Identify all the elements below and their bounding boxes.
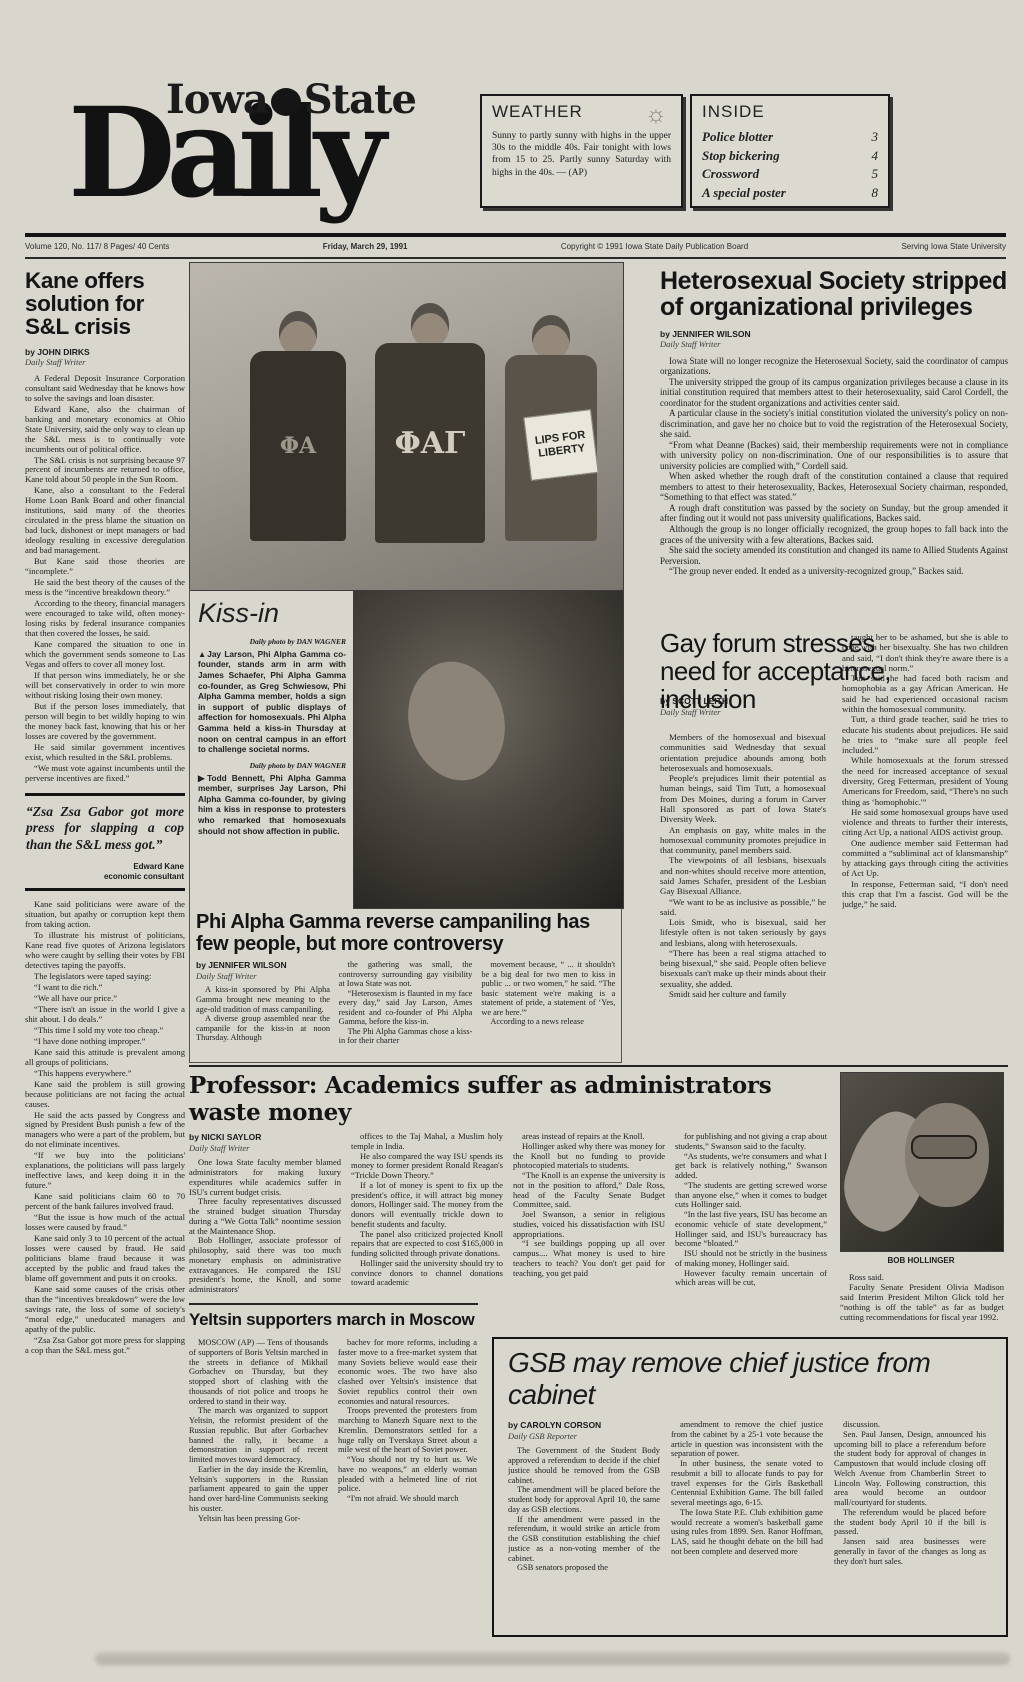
photo-person-torso: ΦΑΓ: [375, 343, 485, 543]
paragraph: The viewpoints of all lesbians, bisexual…: [660, 855, 826, 896]
paragraph: But Kane said those theories are “incomp…: [25, 557, 185, 577]
paragraph: Jansen said area businesses were general…: [834, 1537, 986, 1566]
paragraph: “But the issue is how much of the actual…: [25, 1213, 185, 1233]
paragraph: But if the person loses immediately, tha…: [25, 702, 185, 742]
gayforum-col2: taught her to be ashamed, but she is abl…: [842, 632, 1008, 1058]
pull-quote: “Zsa Zsa Gabor got more press for slappi…: [25, 793, 185, 892]
paragraph: The legislators were taped saying:: [25, 972, 185, 982]
paragraph: The panel also criticized projected Knol…: [351, 1230, 503, 1259]
paragraph: In response, Fetterman said, “I don't ne…: [842, 879, 1008, 910]
paragraph: “There isn't an issue in the world I giv…: [25, 1005, 185, 1025]
paragraph: When asked whether the rough draft of th…: [660, 471, 1008, 503]
article-professor-budget: Professor: Academics suffer as administr…: [189, 1065, 1008, 1301]
paragraph: Hollinger asked why there was money for …: [513, 1142, 665, 1171]
gsb-col3: discussion.Sen. Paul Jansen, Design, ann…: [834, 1420, 986, 1632]
kane-body-bottom: Kane said politicians were aware of the …: [25, 900, 185, 1356]
greek-letters: ΦΑ: [280, 433, 316, 459]
photo-caption-1: ▲Jay Larson, Phi Alpha Gamma co-founder,…: [198, 649, 346, 755]
paragraph: “This time I sold my vote too cheap.”: [25, 1026, 185, 1036]
paragraph: “There has been a real stigma attached t…: [660, 948, 826, 989]
masthead-rule: [25, 233, 1006, 237]
greek-letters: ΦΑΓ: [395, 426, 466, 461]
dateline-volume: Volume 120, No. 117/ 8 Pages/ 40 Cents: [25, 243, 169, 251]
paragraph: Troops prevented the protesters from mar…: [338, 1406, 477, 1455]
yeltsin-col2: bachev for more reforms, including a fas…: [338, 1338, 477, 1616]
dateline-date: Friday, March 29, 1991: [323, 243, 408, 251]
paragraph: bachev for more reforms, including a fas…: [338, 1338, 477, 1406]
paragraph: In other business, the senate voted to r…: [671, 1459, 823, 1508]
paragraph: People's prejudices limit their potentia…: [660, 773, 826, 824]
masthead-logo: Daily Iowa State: [68, 80, 478, 230]
paragraph: A kiss-in sponsored by Phi Alpha Gamma b…: [196, 985, 330, 1014]
inside-item-label: A special poster: [702, 184, 786, 203]
gayforum-byline: by SCOTT LEITH Daily Staff Writer: [660, 696, 728, 717]
inside-item-crossword: Crossword 5: [702, 165, 878, 184]
paragraph: “We all have our price.”: [25, 994, 185, 1004]
paragraph: “Heterosexism is flaunted in my face eve…: [339, 989, 473, 1027]
paragraph: Lois Smidt, who is bisexual, said her li…: [660, 917, 826, 948]
pull-quote-text: “Zsa Zsa Gabor got more press for slappi…: [26, 804, 184, 855]
paragraph: “I'm not afraid. We should march: [338, 1494, 477, 1504]
paragraph: She said the society amended its constit…: [660, 545, 1008, 566]
paragraph: Kane, also a consultant to the Federal H…: [25, 486, 185, 556]
pull-quote-title: economic consultant: [104, 872, 184, 881]
paragraph: discussion.: [834, 1420, 986, 1430]
paragraph: “We want to be as inclusive as possible,…: [660, 897, 826, 918]
inside-item-page: 4: [872, 147, 879, 166]
phialpha-col2: the gathering was small, the controversy…: [339, 960, 473, 1056]
paragraph: “You should not try to hurt us. We have …: [338, 1455, 477, 1494]
byline-title: Daily Staff Writer: [189, 1143, 341, 1154]
article-gsb-chief-justice: GSB may remove chief justice from cabine…: [492, 1337, 1008, 1637]
inside-item-page: 3: [872, 128, 879, 147]
paragraph: “I want to die rich.”: [25, 983, 185, 993]
paragraph: “We must vote against incumbents until t…: [25, 764, 185, 784]
hetero-body: Iowa State will no longer recognize the …: [660, 356, 1008, 577]
paragraph: Bob Hollinger, associate professor of ph…: [189, 1236, 341, 1295]
byline-name: by JENNIFER WILSON: [196, 960, 330, 971]
paragraph: Edward Kane, also the chairman of bankin…: [25, 405, 185, 455]
paragraph: “If we buy into the politicians' explana…: [25, 1151, 185, 1191]
paragraph: Kane said politicians were aware of the …: [25, 900, 185, 930]
article-gay-forum: Gay forum stresses need for acceptance, …: [660, 630, 1008, 1060]
paragraph: amendment to remove the chief justice fr…: [671, 1420, 823, 1459]
gsb-byline: by CAROLYN CORSON Daily GSB Reporter: [508, 1420, 660, 1441]
photo-credit: Daily photo by DAN WAGNER: [198, 761, 346, 771]
weather-forecast: Sunny to partly sunny with highs in the …: [492, 130, 671, 179]
paragraph: “As students, we're consumers and what I…: [675, 1152, 827, 1181]
hetero-headline: Heterosexual Society stripped of organiz…: [660, 268, 1008, 321]
paragraph: To illustrate his mistrust of politician…: [25, 931, 185, 971]
paragraph: If the amendment were passed in the refe…: [508, 1515, 660, 1564]
article-heterosexual-society: Heterosexual Society stripped of organiz…: [660, 263, 1008, 626]
article-yeltsin-moscow: Yeltsin supporters march in Moscow MOSCO…: [189, 1303, 478, 1635]
paragraph: He said the best theory of the causes of…: [25, 578, 185, 598]
byline-name: by CAROLYN CORSON: [508, 1420, 660, 1431]
paragraph: A diverse group assembled near the campa…: [196, 1014, 330, 1043]
logo-iowa: Iowa: [166, 80, 268, 120]
paragraph: He said the acts passed by Congress and …: [25, 1111, 185, 1151]
dateline-copyright: Copyright © 1991 Iowa State Daily Public…: [561, 243, 748, 251]
phialpha-col1-text: A kiss-in sponsored by Phi Alpha Gamma b…: [196, 985, 330, 1056]
yeltsin-col2-text: bachev for more reforms, including a fas…: [338, 1338, 477, 1616]
dateline: Volume 120, No. 117/ 8 Pages/ 40 Cents F…: [25, 243, 1006, 251]
kane-headline: Kane offers solution for S&L crisis: [25, 269, 185, 339]
pull-quote-name: Edward Kane: [133, 862, 184, 871]
paragraph: “From what Deanne (Backes) said, their m…: [660, 440, 1008, 472]
byline-title: Daily Staff Writer: [196, 971, 330, 982]
paragraph: “This happens everywhere.”: [25, 1069, 185, 1079]
paragraph: One audience member said Fetterman had c…: [842, 838, 1008, 879]
photo-caption-2: ▶Todd Bennett, Phi Alpha Gamma member, s…: [198, 773, 346, 837]
pull-quote-attribution: Edward Kane economic consultant: [26, 862, 184, 882]
paragraph: “The students are getting screwed worse …: [675, 1181, 827, 1210]
paragraph: A rough draft constitution was passed by…: [660, 503, 1008, 524]
paragraph: Although the group is no longer official…: [660, 524, 1008, 545]
photo-person-head: [532, 315, 570, 359]
inside-item-label: Crossword: [702, 165, 759, 184]
phialpha-col1: by JENNIFER WILSON Daily Staff Writer A …: [196, 960, 330, 1056]
paragraph: “Zsa Zsa Gabor got more press for slappi…: [25, 1336, 185, 1356]
paragraph: An emphasis on gay, white males in the h…: [660, 825, 826, 856]
paragraph: He also compared the way ISU spends its …: [351, 1152, 503, 1181]
professor-col1-text: One Iowa State faculty member blamed adm…: [189, 1158, 341, 1304]
paragraph: According to a news release: [481, 1017, 615, 1027]
logo-iowa-state: Iowa State: [166, 80, 416, 120]
kissin-title: Kiss-in: [198, 600, 346, 627]
paragraph: Sen. Paul Jansen, Design, announced his …: [834, 1430, 986, 1508]
byline-name: by JENNIFER WILSON: [660, 329, 1008, 340]
photo-person-head: [279, 311, 317, 355]
paragraph: The university stripped the group of its…: [660, 377, 1008, 409]
paragraph: If that person wins immediately, he or s…: [25, 671, 185, 701]
paragraph: He said similar government incentives ex…: [25, 743, 185, 763]
paragraph: Hollinger said the university should try…: [351, 1259, 503, 1288]
scan-artifact: [95, 1652, 1010, 1665]
inside-box: INSIDE Police blotter 3 Stop bickering 4…: [690, 94, 890, 208]
photo-person-torso: ΦΑ: [250, 351, 346, 541]
paragraph: “The Knoll is an expense the university …: [513, 1171, 665, 1210]
paragraph: movement because, “ ... it shouldn't be …: [481, 960, 615, 1017]
byline-name: by JOHN DIRKS: [25, 347, 185, 358]
protest-sign: LIPS FOR LIBERTY: [523, 409, 598, 481]
paragraph: A particular clause in the society's ini…: [660, 408, 1008, 440]
byline-name: by NICKI SAYLOR: [189, 1132, 341, 1143]
kissin-caption-block: Kiss-in Daily photo by DAN WAGNER ▲Jay L…: [198, 600, 346, 836]
paragraph: The Phi Alpha Gammas chose a kiss-in for…: [339, 1027, 473, 1046]
gsb-col1: by CAROLYN CORSON Daily GSB Reporter The…: [508, 1420, 660, 1632]
paragraph: The referendum would be placed before th…: [834, 1508, 986, 1537]
paragraph: Kane compared the situation to one in wh…: [25, 640, 185, 670]
hetero-byline: by JENNIFER WILSON Daily Staff Writer: [660, 329, 1008, 350]
inside-item-label: Police blotter: [702, 128, 773, 147]
paragraph: If a lot of money is spent to fix up the…: [351, 1181, 503, 1230]
professor-byline: by NICKI SAYLOR Daily Staff Writer: [189, 1132, 341, 1153]
inside-item-label: Stop bickering: [702, 147, 780, 166]
photo-person-middle: ΦΑΓ: [375, 303, 485, 543]
paragraph: taught her to be ashamed, but she is abl…: [842, 632, 1008, 673]
paragraph: According to the theory, financial manag…: [25, 599, 185, 639]
byline-title: Daily Staff Writer: [25, 357, 185, 368]
byline-title: Daily Staff Writer: [660, 707, 728, 718]
paragraph: for publishing and not giving a crap abo…: [675, 1132, 827, 1152]
inside-item-police-blotter: Police blotter 3: [702, 128, 878, 147]
newspaper-front-page: Daily Iowa State WEATHER ☼ Sunny to part…: [0, 0, 1024, 1682]
paragraph: Three faculty representatives discussed …: [189, 1197, 341, 1236]
yeltsin-col1: MOSCOW (AP) — Tens of thousands of suppo…: [189, 1338, 328, 1616]
gsb-headline: GSB may remove chief justice from cabine…: [508, 1347, 992, 1411]
paragraph: Kane said only 3 to 10 percent of the ac…: [25, 1234, 185, 1284]
professor-col1: by NICKI SAYLOR Daily Staff Writer One I…: [189, 1132, 341, 1304]
paragraph: Earlier in the day inside the Kremlin, Y…: [189, 1465, 328, 1514]
paragraph: Iowa State will no longer recognize the …: [660, 356, 1008, 377]
paragraph: A Federal Deposit Insurance Corporation …: [25, 374, 185, 404]
professor-col4: for publishing and not giving a crap abo…: [675, 1132, 827, 1304]
inside-title: INSIDE: [702, 103, 878, 122]
phialpha-headline: Phi Alpha Gamma reverse campaniling has …: [196, 912, 615, 955]
phialpha-col3: movement because, “ ... it shouldn't be …: [481, 960, 615, 1056]
paragraph: Kane said some causes of the crisis othe…: [25, 1285, 185, 1335]
paragraph: “I see buildings popping up all over cam…: [513, 1239, 665, 1278]
article-kane-sl-crisis: Kane offers solution for S&L crisis by J…: [25, 263, 185, 1618]
phialpha-col3-text: movement because, “ ... it shouldn't be …: [481, 960, 615, 1056]
paragraph: Joel Swanson, a senior in religious stud…: [513, 1210, 665, 1239]
paragraph: GSB senators proposed the: [508, 1563, 660, 1573]
professor-col3: areas instead of repairs at the Knoll.Ho…: [513, 1132, 665, 1304]
paragraph: The Iowa State P.E. Club exhibition game…: [671, 1508, 823, 1557]
kane-byline: by JOHN DIRKS Daily Staff Writer: [25, 347, 185, 368]
byline-name: by SCOTT LEITH: [660, 696, 728, 707]
paragraph: Smidt said her culture and family: [660, 989, 826, 999]
paragraph: the gathering was small, the controversy…: [339, 960, 473, 989]
paragraph: “The group never ended. It ended as a un…: [660, 566, 1008, 577]
paragraph: Yeltsin has been pressing Gor-: [189, 1514, 328, 1524]
byline-title: Daily Staff Writer: [660, 339, 1008, 350]
professor-col2: offices to the Taj Mahal, a Muslim holy …: [351, 1132, 503, 1304]
kissin-group-photo: ΦΑ ΦΑΓ LIPS FOR LIBERTY: [189, 262, 624, 591]
professor-headline: Professor: Academics suffer as administr…: [189, 1072, 849, 1126]
kane-body-top: A Federal Deposit Insurance Corporation …: [25, 374, 185, 784]
paragraph: “In the last five years, ISU has become …: [675, 1210, 827, 1249]
paragraph: Tutt, a third grade teacher, said he tri…: [842, 714, 1008, 755]
paragraph: The amendment will be placed before the …: [508, 1485, 660, 1514]
paragraph: Kane said this attitude is prevalent amo…: [25, 1048, 185, 1068]
inside-item-page: 5: [872, 165, 879, 184]
photo-person-head: [411, 303, 449, 347]
gsb-col2: amendment to remove the chief justice fr…: [671, 1420, 823, 1632]
weather-box: WEATHER ☼ Sunny to partly sunny with hig…: [480, 94, 683, 208]
phialpha-byline: by JENNIFER WILSON Daily Staff Writer: [196, 960, 330, 981]
article-phi-alpha-gamma: Phi Alpha Gamma reverse campaniling has …: [196, 912, 615, 1060]
gsb-col1-text: The Government of the Student Body appro…: [508, 1446, 660, 1632]
paragraph: The march was organized to support Yelts…: [189, 1406, 328, 1465]
paragraph: “I have done nothing improper.”: [25, 1037, 185, 1047]
kiss-closeup-photo: [353, 590, 624, 909]
logo-state: State: [304, 80, 416, 120]
photo-person-left: ΦΑ: [250, 311, 346, 541]
inside-item-special-poster: A special poster 8: [702, 184, 878, 203]
inside-item-page: 8: [872, 184, 879, 203]
paragraph: Kane said the problem is still growing b…: [25, 1080, 185, 1110]
paragraph: While homosexuals at the forum stressed …: [842, 755, 1008, 806]
paragraph: He said some homosexual groups have used…: [842, 807, 1008, 838]
paragraph: MOSCOW (AP) — Tens of thousands of suppo…: [189, 1338, 328, 1406]
paragraph: The Government of the Student Body appro…: [508, 1446, 660, 1485]
yeltsin-headline: Yeltsin supporters march in Moscow: [189, 1310, 478, 1330]
photo-credit: Daily photo by DAN WAGNER: [198, 637, 346, 647]
paragraph: One Iowa State faculty member blamed adm…: [189, 1158, 341, 1197]
paragraph: The S&L crisis is not surprising because…: [25, 456, 185, 486]
paragraph: Members of the homosexual and bisexual c…: [660, 732, 826, 773]
byline-title: Daily GSB Reporter: [508, 1431, 660, 1442]
paragraph: However faculty remain uncertain of whic…: [675, 1269, 827, 1289]
paragraph: offices to the Taj Mahal, a Muslim holy …: [351, 1132, 503, 1152]
sun-icon: ☼: [645, 102, 667, 129]
logo-dot-icon: [271, 88, 301, 116]
inside-item-stop-bickering: Stop bickering 4: [702, 147, 878, 166]
gayforum-col1: Members of the homosexual and bisexual c…: [660, 732, 826, 1060]
dateline-tagline: Serving Iowa State University: [901, 243, 1006, 251]
paragraph: Tutt said he had faced both racism and h…: [842, 673, 1008, 714]
dateline-rule: [25, 257, 1006, 259]
paragraph: Kane said politicians claim 60 to 70 per…: [25, 1192, 185, 1212]
paragraph: ISU should not be strictly in the busine…: [675, 1249, 827, 1269]
